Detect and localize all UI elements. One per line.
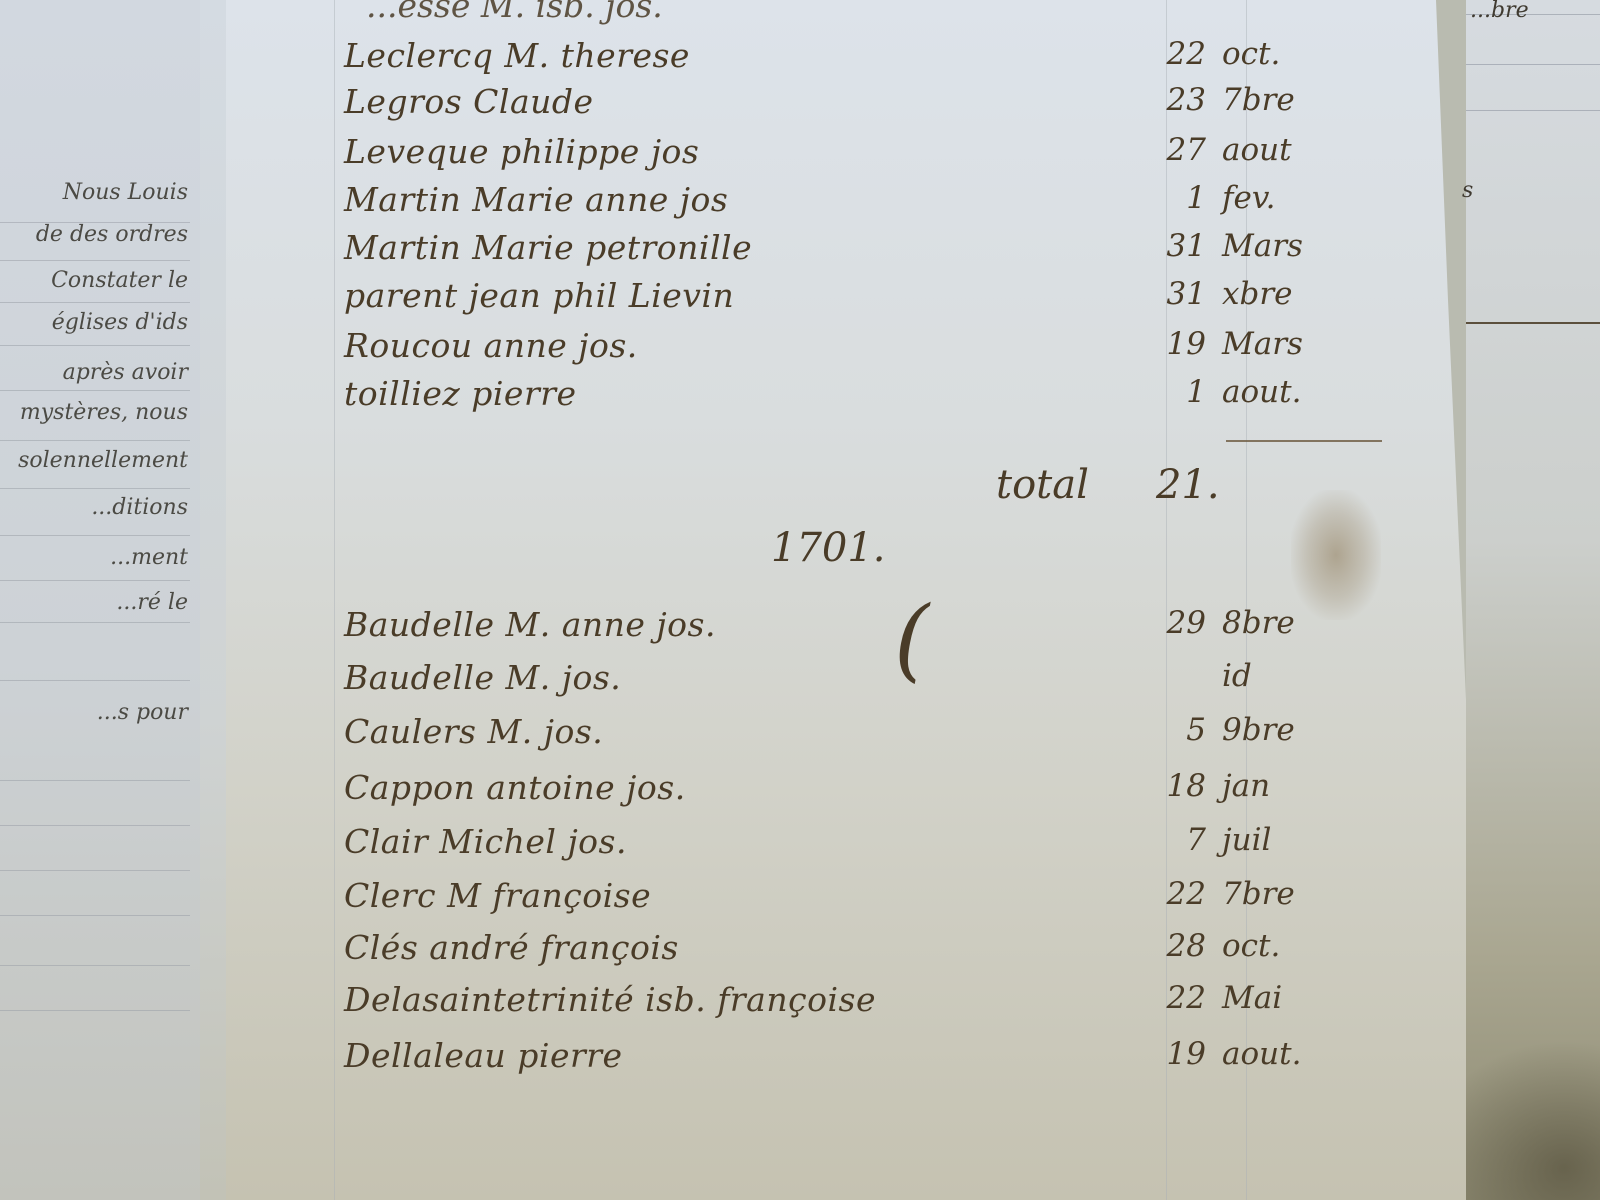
entry-name: Cappon antoine jos. [344,768,686,807]
entry-day: 31 [1126,228,1206,264]
entry-day: 1 [1126,180,1206,216]
left-page-text: après avoir [0,360,200,385]
entry-name: Caulers M. jos. [344,712,603,751]
entry-month: oct. [1222,36,1280,72]
total-value: 21. [1156,462,1220,508]
ruled-line [0,302,190,303]
ruled-line [0,440,190,441]
right-page-text: s [1462,178,1473,203]
register-entry: Clés andré françois 28 oct. [226,928,1466,976]
ruled-line [0,780,190,781]
entry-day: 28 [1126,928,1206,964]
entry-day: 1 [1126,374,1206,410]
total-label: total [996,462,1089,508]
entry-name: Delasaintetrinité isb. françoise [344,980,876,1019]
entry-month: oct. [1222,928,1280,964]
entry-name: parent jean phil Lievin [344,276,734,315]
register-entry: Caulers M. jos. 5 9bre [226,712,1466,760]
entry-name: Baudelle M. jos. [344,658,621,697]
entry-day: 22 [1126,876,1206,912]
entry-name: Clés andré françois [344,928,679,967]
entry-month: aout [1222,132,1292,168]
entry-day: 18 [1126,768,1206,804]
register-entry: Delasaintetrinité isb. françoise 22 Mai [226,980,1466,1028]
background-left-page: Nous Louis de des ordres Constater le ég… [0,0,202,1200]
background-right-page: ...bre s [1466,0,1600,1200]
ruled-line [0,870,190,871]
left-page-text: ...ment [0,545,200,570]
register-entry: Martin Marie anne jos 1 fev. [226,180,1466,228]
entry-name-cutoff: ...esse M. isb. jos. [366,0,663,25]
register-entry: Clerc M françoise 22 7bre [226,876,1466,924]
left-page-text: de des ordres [0,222,200,247]
entry-day: 5 [1126,712,1206,748]
register-entry: Roucou anne jos. 19 Mars [226,326,1466,374]
register-entry: Cappon antoine jos. 18 jan [226,768,1466,816]
register-entry: Leclercq M. therese 22 oct. [226,36,1466,84]
page-gutter [200,0,230,1200]
left-page-text: mystères, nous [0,400,200,425]
entry-day: 19 [1126,1036,1206,1072]
entry-month: jan [1222,768,1270,804]
register-entry: Baudelle M. anne jos. 29 8bre [226,605,1466,653]
ruled-line [1466,64,1600,65]
ink-rule [1466,322,1600,324]
left-page-text: Constater le [0,268,200,293]
entry-month: aout. [1222,1036,1301,1072]
entry-name: Legros Claude [344,82,594,121]
entry-name: Dellaleau pierre [344,1036,623,1075]
entry-day: 22 [1126,36,1206,72]
register-entry: Leveque philippe jos 27 aout [226,132,1466,180]
entry-month: Mars [1222,228,1303,264]
entry-name: Martin Marie anne jos [344,180,728,219]
entry-month: xbre [1222,276,1293,312]
entry-month: 8bre [1222,605,1295,641]
entry-name: Baudelle M. anne jos. [344,605,716,644]
ruled-line [0,825,190,826]
entry-month: 7bre [1222,82,1295,118]
entry-name: Clair Michel jos. [344,822,627,861]
entry-month: aout. [1222,374,1301,410]
entry-month: Mars [1222,326,1303,362]
ruled-line [0,622,190,623]
entry-name: Roucou anne jos. [344,326,638,365]
ruled-line [0,345,190,346]
entry-name: Leveque philippe jos [344,132,699,171]
ruled-line [0,488,190,489]
entry-month: Mai [1222,980,1282,1016]
ink-stain [1291,490,1381,620]
ruled-line [0,965,190,966]
entry-day: 23 [1126,82,1206,118]
register-entry: Baudelle M. jos. id [226,658,1466,706]
entry-month: fev. [1222,180,1276,216]
entry-month: id [1222,658,1252,694]
left-page-text: ...ditions [0,495,200,520]
ruled-line [0,915,190,916]
year-heading: 1701. [771,525,886,571]
left-page-text: Nous Louis [0,180,200,205]
ruled-line [0,580,190,581]
register-entry: Martin Marie petronille 31 Mars [226,228,1466,276]
left-page-text: ...s pour [0,700,200,725]
entry-name: toilliez pierre [344,374,577,413]
entry-name: Leclercq M. therese [344,36,690,75]
register-entry: Legros Claude 23 7bre [226,82,1466,130]
left-page-text: églises d'ids [0,310,200,335]
register-entry: toilliez pierre 1 aout. [226,374,1466,422]
ruled-line [0,680,190,681]
register-entry: parent jean phil Lievin 31 xbre [226,276,1466,324]
ruled-line [0,260,190,261]
ruled-line [0,390,190,391]
ledger-page: ...esse M. isb. jos. Leclercq M. therese… [226,0,1466,1200]
left-page-text: ...ré le [0,590,200,615]
ruled-line [1466,110,1600,111]
ruled-line [0,535,190,536]
entry-name: Martin Marie petronille [344,228,752,267]
total-underline [1226,440,1382,442]
register-entry: Clair Michel jos. 7 juil [226,822,1466,870]
entry-day: 19 [1126,326,1206,362]
entry-day: 22 [1126,980,1206,1016]
entry-day: 29 [1126,605,1206,641]
entry-name: Clerc M françoise [344,876,651,915]
entry-day: 27 [1126,132,1206,168]
left-page-text: solennellement [0,448,200,473]
entry-month: 7bre [1222,876,1295,912]
ruled-line [0,1010,190,1011]
register-entry: Dellaleau pierre 19 aout. [226,1036,1466,1084]
entry-day: 7 [1126,822,1206,858]
entry-day: 31 [1126,276,1206,312]
right-page-text: ...bre [1470,0,1529,23]
entry-month: 9bre [1222,712,1295,748]
entry-month: juil [1222,822,1271,858]
